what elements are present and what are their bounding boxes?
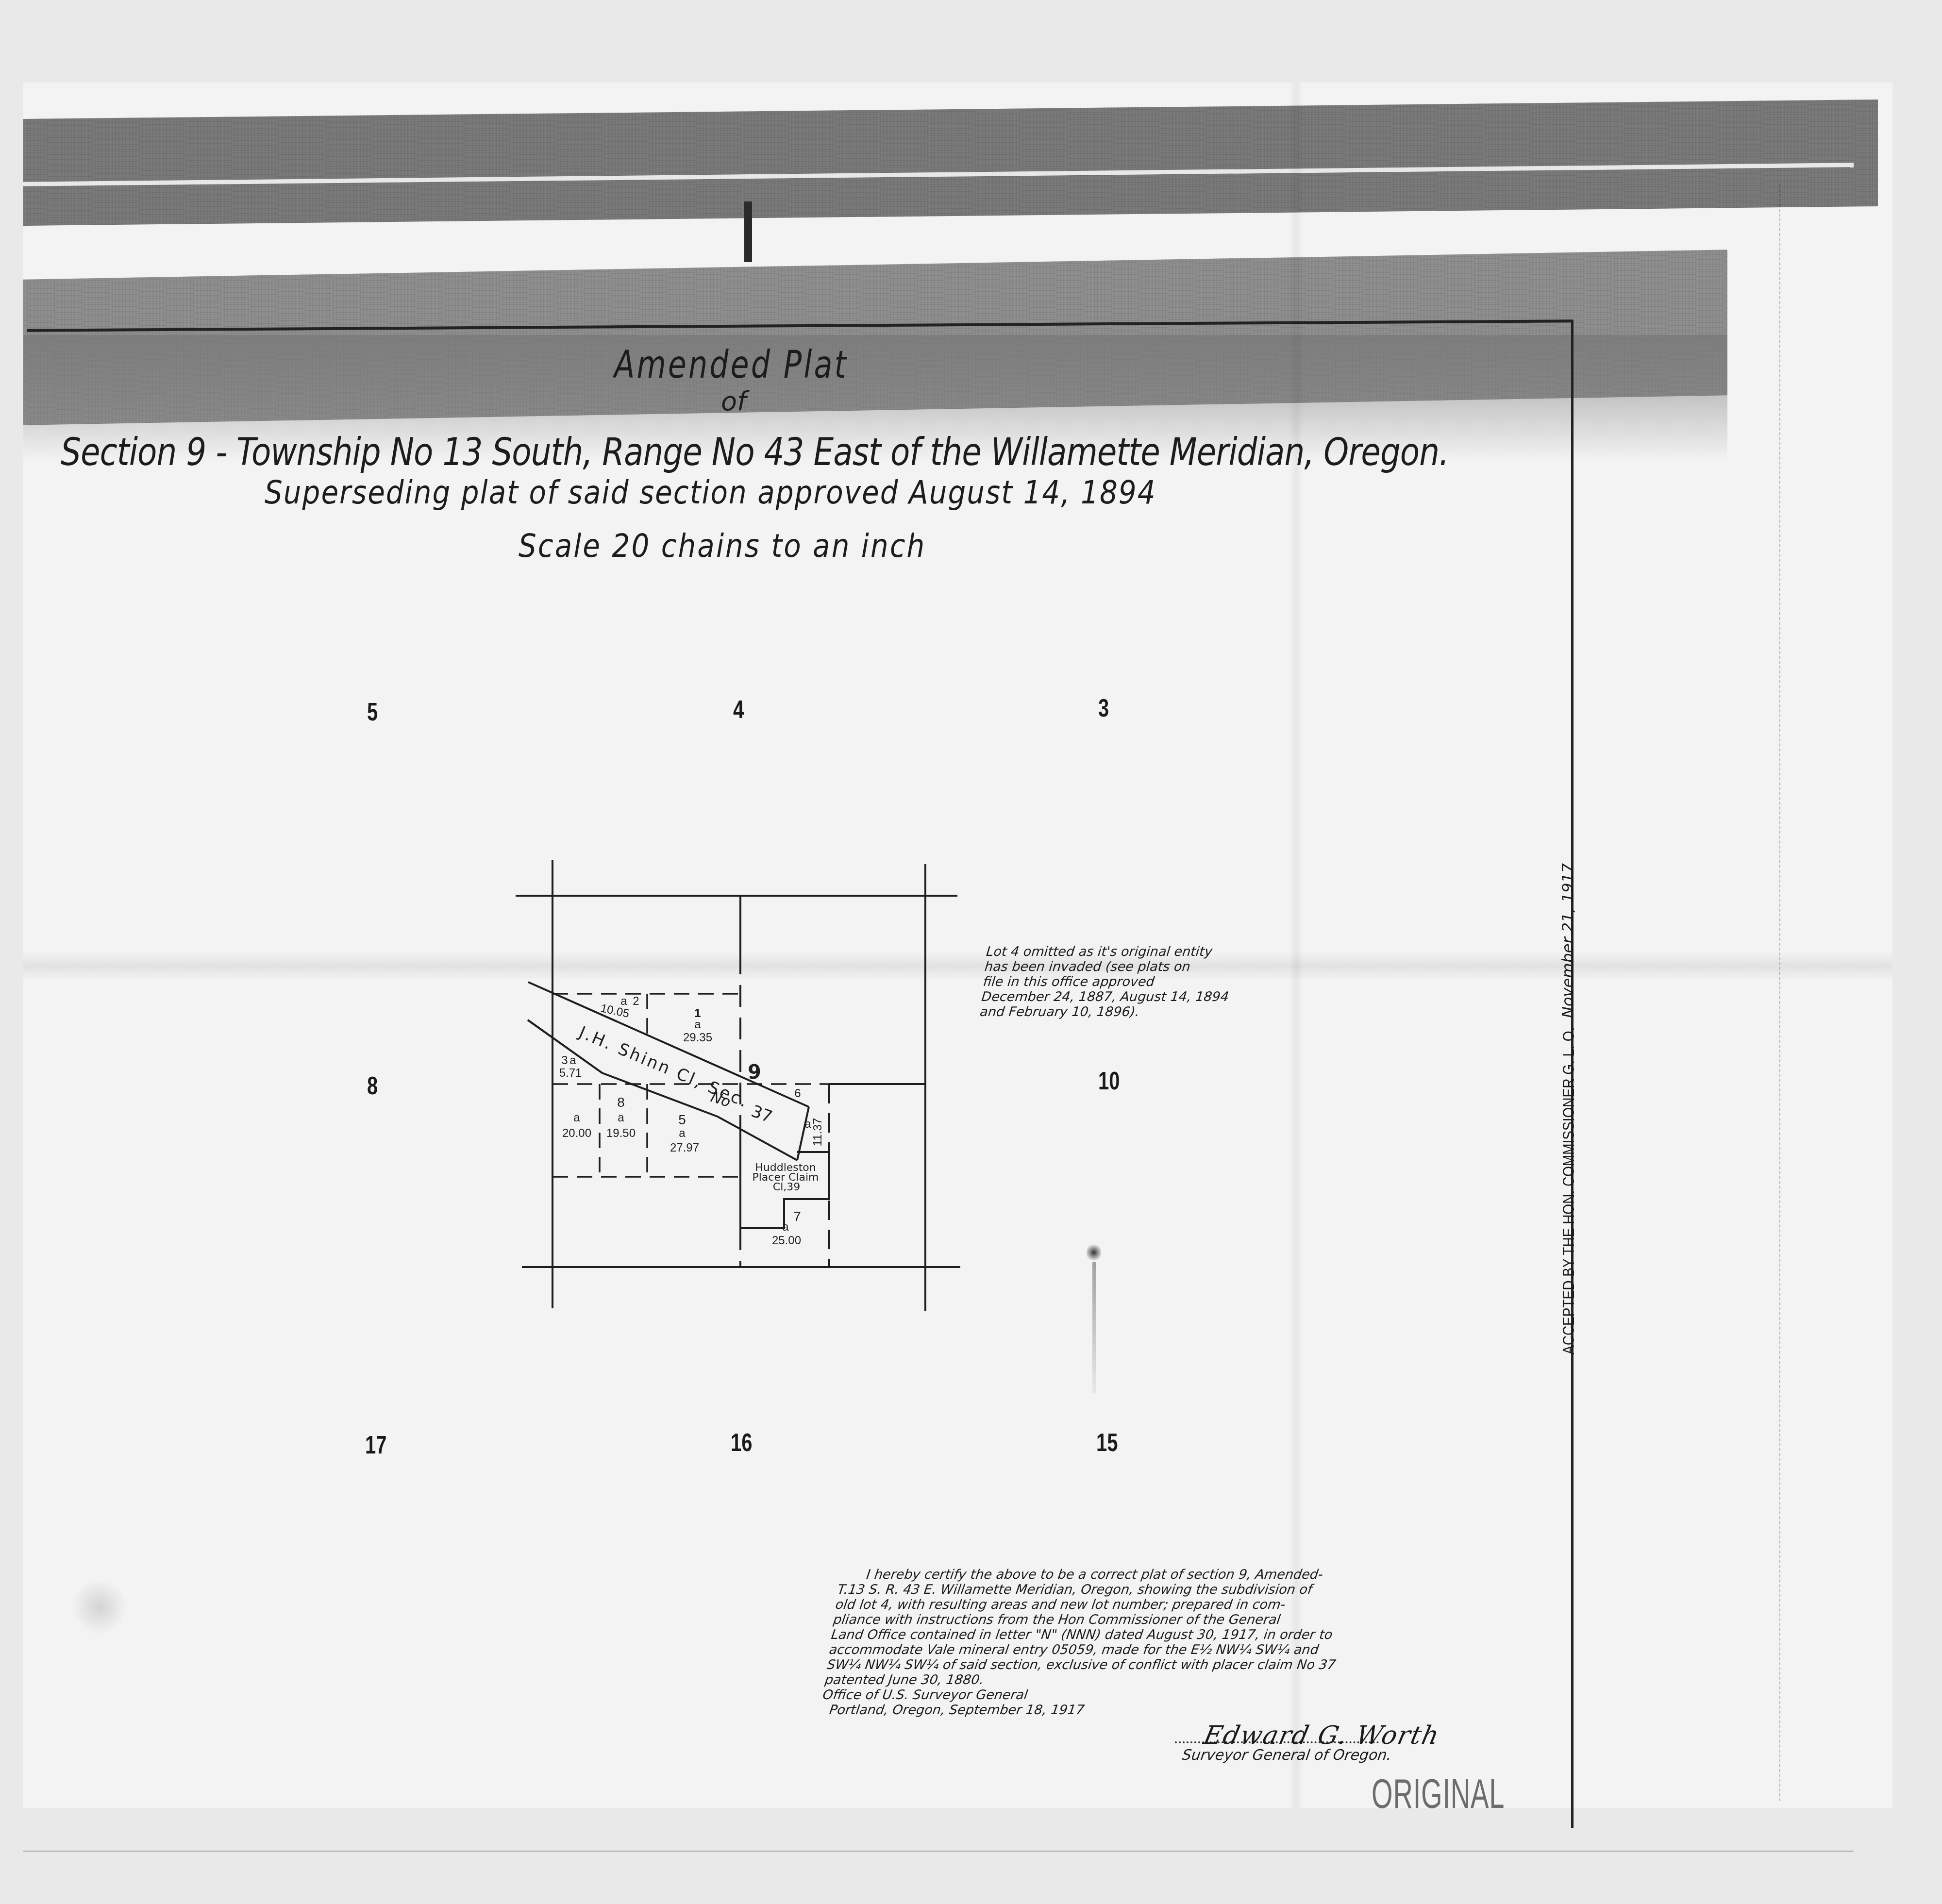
certification-line: patented June 30, 1880.	[824, 1672, 1506, 1687]
certification-line: T.13 S. R. 43 E. Willamette Meridian, Or…	[837, 1582, 1518, 1597]
lot-2-number: 2	[633, 995, 639, 1008]
note-line: file in this office approved	[982, 974, 1256, 989]
lot-8-acres: 19.50	[606, 1127, 636, 1140]
lot-8-marker: a	[618, 1111, 624, 1124]
signature: Edward G. Worth	[1201, 1721, 1442, 1750]
note-line: and February 10, 1896).	[979, 1004, 1253, 1019]
office-line: Office of U.S. Surveyor General	[822, 1687, 1504, 1703]
lot-7-marker: a	[782, 1220, 789, 1234]
original-stamp: ORIGINAL	[1372, 1770, 1505, 1818]
certification-line: pliance with instructions from the Hon C…	[832, 1612, 1514, 1627]
lot-5-acres: 27.97	[670, 1141, 699, 1154]
lot-6-marker: a	[804, 1118, 811, 1131]
section-9-label: 9	[748, 1061, 761, 1084]
certification-block: I hereby certify the above to be a corre…	[820, 1567, 1521, 1718]
lot-3-number: 3	[561, 1054, 568, 1067]
acceptance-date: November 21, 1917	[1558, 863, 1577, 1018]
lot-3-marker: a	[569, 1054, 576, 1067]
place-date-line: Portland, Oregon, September 18, 1917	[820, 1703, 1501, 1718]
acceptance-endorsement: ACCEPTED BY THE HON. COMMISSIONER G. L. …	[1558, 863, 1577, 1354]
lot-nw-acres: 20.00	[562, 1127, 591, 1140]
placer-claim-line3: Cl,39	[773, 1181, 800, 1193]
lot-4-note: Lot 4 omitted as it's original entity ha…	[979, 944, 1259, 1019]
certification-line: Land Office contained in letter "N" (NNN…	[830, 1627, 1512, 1642]
lot-7-acres: 25.00	[772, 1234, 801, 1247]
section-boundary-lines	[516, 860, 960, 1311]
lot-6-number: 6	[794, 1087, 801, 1100]
claim-number: 37	[749, 1102, 775, 1127]
note-line: has been invaded (see plats on	[984, 959, 1257, 974]
lot-1-marker: a	[694, 1018, 701, 1031]
certification-line: accommodate Vale mineral entry 05059, ma…	[828, 1642, 1510, 1657]
acceptance-text: ACCEPTED BY THE HON. COMMISSIONER G. L. …	[1559, 1027, 1578, 1354]
note-line: Lot 4 omitted as it's original entity	[986, 944, 1259, 959]
certification-line: SW¼ NW¼ SW¼ of said section, exclusive o…	[826, 1657, 1507, 1672]
lot-7-number: 7	[793, 1209, 801, 1224]
certification-line: old lot 4, with resulting areas and new …	[835, 1597, 1516, 1612]
lot-nw-marker: a	[573, 1111, 580, 1124]
signer-title: Surveyor General of Oregon.	[1181, 1747, 1393, 1764]
certification-line: I hereby certify the above to be a corre…	[838, 1567, 1520, 1582]
lot-8-number: 8	[617, 1095, 625, 1110]
lot-3-acres: 5.71	[559, 1067, 582, 1080]
note-line: December 24, 1887, August 14, 1894	[981, 989, 1254, 1004]
lot-5-number: 5	[678, 1112, 686, 1127]
lot-1-acres: 29.35	[683, 1031, 712, 1044]
lot-6-acres: 11.37	[811, 1118, 824, 1146]
lot-5-marker: a	[679, 1127, 686, 1140]
